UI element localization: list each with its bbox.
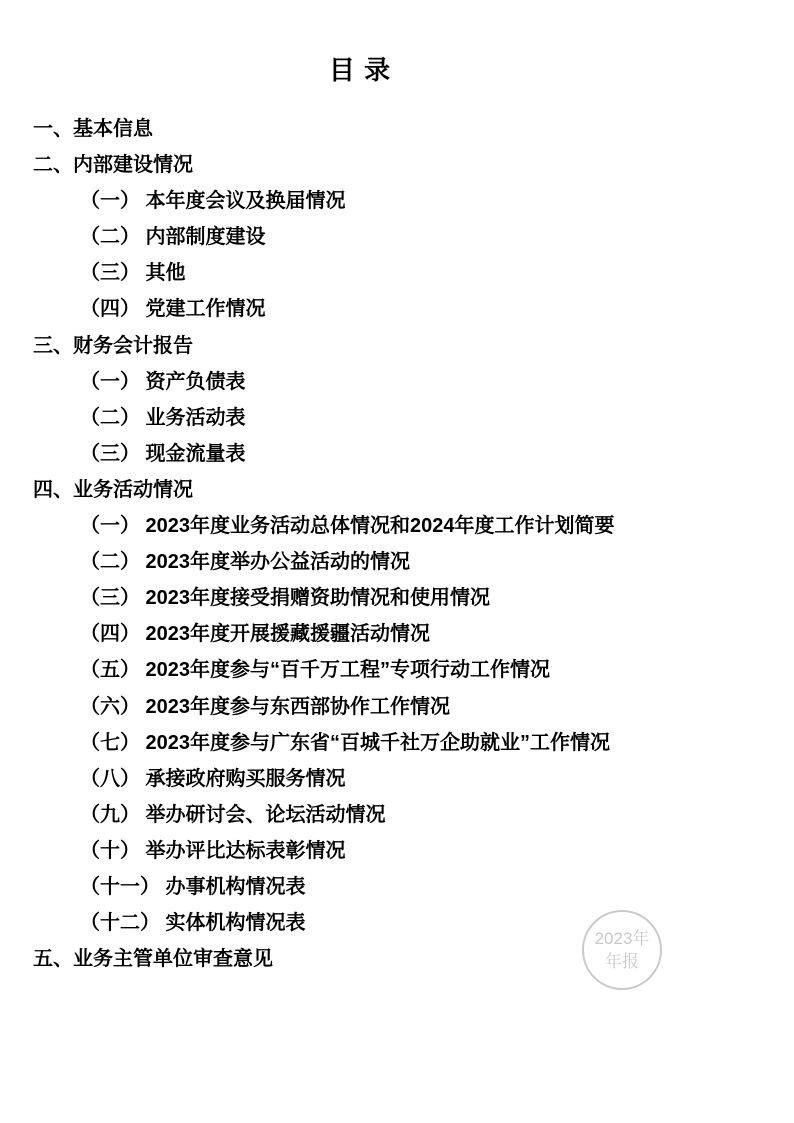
toc-item-label: 一、基本信息 bbox=[33, 118, 153, 140]
toc-item: （一） 2023年度业务活动总体情况和2024年度工作计划简要 bbox=[0, 508, 794, 544]
annual-report-2023-watermark-badge: 2023年 年报 bbox=[582, 910, 662, 990]
toc-item: （九） 举办研讨会、论坛活动情况 bbox=[0, 797, 794, 833]
toc-item-label: （十） 举办评比达标表彰情况 bbox=[80, 840, 346, 862]
toc-item: （十二） 实体机构情况表 bbox=[0, 905, 794, 941]
toc-item-label: 二、内部建设情况 bbox=[33, 154, 193, 176]
toc-item-label: （九） 举办研讨会、论坛活动情况 bbox=[80, 804, 386, 826]
toc-item: （五） 2023年度参与“百千万工程”专项行动工作情况 bbox=[0, 652, 794, 688]
page-title: 目 录 bbox=[0, 0, 720, 90]
toc-item: （一） 资产负债表 bbox=[0, 364, 794, 400]
toc-item-label: （三） 2023年度接受捐赠资助情况和使用情况 bbox=[80, 587, 490, 609]
toc-item: （八） 承接政府购买服务情况 bbox=[0, 761, 794, 797]
toc-item-label: （三） 现金流量表 bbox=[80, 443, 246, 465]
toc-item: （四） 2023年度开展援藏援疆活动情况 bbox=[0, 616, 794, 652]
toc-item: （三） 其他 bbox=[0, 255, 794, 291]
toc-item-label: （二） 内部制度建设 bbox=[80, 226, 266, 248]
toc-item-label: 三、财务会计报告 bbox=[33, 335, 193, 357]
toc-item-label: 五、业务主管单位审查意见 bbox=[33, 948, 273, 970]
toc-item: （七） 2023年度参与广东省“百城千社万企助就业”工作情况 bbox=[0, 725, 794, 761]
toc-item-label: （十一） 办事机构情况表 bbox=[80, 876, 306, 898]
toc-item: 五、业务主管单位审查意见 bbox=[0, 941, 794, 977]
toc-item-label: （四） 2023年度开展援藏援疆活动情况 bbox=[80, 623, 430, 645]
toc-item-label: （二） 业务活动表 bbox=[80, 407, 246, 429]
toc-item: （二） 业务活动表 bbox=[0, 400, 794, 436]
toc-item: （六） 2023年度参与东西部协作工作情况 bbox=[0, 689, 794, 725]
toc-item: 二、内部建设情况 bbox=[0, 147, 794, 183]
toc-item-label: （三） 其他 bbox=[80, 262, 186, 284]
watermark-line-year: 2023年 bbox=[595, 927, 650, 950]
toc-item-label: （七） 2023年度参与广东省“百城千社万企助就业”工作情况 bbox=[80, 732, 610, 754]
toc-list: 一、基本信息 二、内部建设情况 （一） 本年度会议及换届情况 （二） 内部制度建… bbox=[0, 111, 794, 977]
toc-item: 一、基本信息 bbox=[0, 111, 794, 147]
toc-item: 三、财务会计报告 bbox=[0, 328, 794, 364]
document-page: 目 录 一、基本信息 二、内部建设情况 （一） 本年度会议及换届情况 （二） 内… bbox=[0, 0, 794, 1123]
toc-item-label: （八） 承接政府购买服务情况 bbox=[80, 768, 346, 790]
toc-item: （二） 2023年度举办公益活动的情况 bbox=[0, 544, 794, 580]
toc-item: 四、业务活动情况 bbox=[0, 472, 794, 508]
toc-item-label: （二） 2023年度举办公益活动的情况 bbox=[80, 551, 410, 573]
toc-item-label: （一） 2023年度业务活动总体情况和2024年度工作计划简要 bbox=[80, 515, 615, 537]
toc-item: （四） 党建工作情况 bbox=[0, 291, 794, 327]
toc-item-label: （四） 党建工作情况 bbox=[80, 298, 266, 320]
toc-item-label: 四、业务活动情况 bbox=[33, 479, 193, 501]
watermark-line-report: 年报 bbox=[605, 950, 639, 973]
toc-item-label: （六） 2023年度参与东西部协作工作情况 bbox=[80, 696, 450, 718]
toc-item: （十一） 办事机构情况表 bbox=[0, 869, 794, 905]
toc-item-label: （一） 资产负债表 bbox=[80, 371, 246, 393]
toc-item-label: （一） 本年度会议及换届情况 bbox=[80, 190, 346, 212]
toc-item: （三） 现金流量表 bbox=[0, 436, 794, 472]
toc-item: （一） 本年度会议及换届情况 bbox=[0, 183, 794, 219]
toc-item: （十） 举办评比达标表彰情况 bbox=[0, 833, 794, 869]
toc-item-label: （十二） 实体机构情况表 bbox=[80, 912, 306, 934]
toc-item-label: （五） 2023年度参与“百千万工程”专项行动工作情况 bbox=[80, 659, 550, 681]
toc-item: （二） 内部制度建设 bbox=[0, 219, 794, 255]
toc-item: （三） 2023年度接受捐赠资助情况和使用情况 bbox=[0, 580, 794, 616]
